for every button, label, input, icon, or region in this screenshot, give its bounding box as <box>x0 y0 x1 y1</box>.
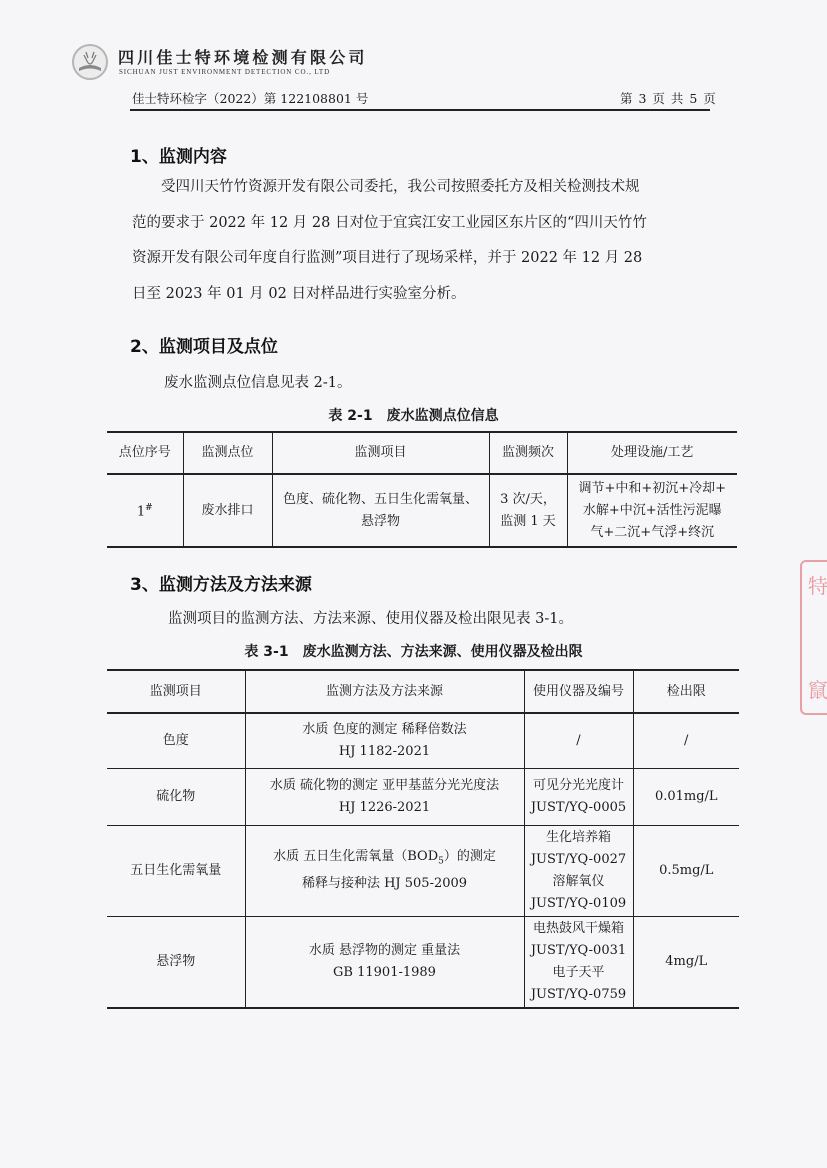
location-cell: 废水排口 <box>183 474 272 547</box>
col-header: 点位序号 <box>107 432 183 474</box>
report-number: 佳士特环检字（2022）第 122108801 号 <box>132 89 368 107</box>
cell-line: 水质 硫化物的测定 亚甲基蓝分光光度法 <box>249 775 521 797</box>
section-2-title: 2、监测项目及点位 <box>130 332 278 357</box>
frequency-cell: 3 次/天， 监测 1 天 <box>489 474 567 547</box>
col-header: 监测项目 <box>272 432 489 474</box>
cell-line: 可见分光光度计 <box>528 775 630 797</box>
section-1-title: 1、监测内容 <box>130 142 227 167</box>
cell-line: HJ 1226-2021 <box>249 797 521 819</box>
col-header: 监测项目 <box>107 670 245 713</box>
instrument-cell: 生化培养箱 JUST/YQ-0027 溶解氧仪 JUST/YQ-0109 <box>524 825 633 916</box>
col-header: 检出限 <box>633 670 739 713</box>
col-header: 监测点位 <box>183 432 272 474</box>
point-number-sup: # <box>145 503 153 513</box>
method-text: 水质 五日生化需氧量（BOD <box>273 849 438 864</box>
instrument-cell: 可见分光光度计 JUST/YQ-0005 <box>524 768 633 825</box>
cell-line: 水质 悬浮物的测定 重量法 <box>249 940 521 962</box>
section-1-body: 受四川天竹竹资源开发有限公司委托，我公司按照委托方及相关检测技术规 范的要求于 … <box>132 170 732 312</box>
point-number: 1 <box>137 505 145 520</box>
col-header: 监测频次 <box>489 432 567 474</box>
item-cell: 硫化物 <box>107 768 245 825</box>
method-text: ）的测定 <box>444 849 496 864</box>
cell-line: JUST/YQ-0759 <box>528 984 630 1006</box>
cell-line: HJ 1182-2021 <box>249 741 521 763</box>
table-2-1: 点位序号 监测点位 监测项目 监测频次 处理设施/工艺 1# 废水排口 色度、硫… <box>107 431 737 548</box>
col-header: 使用仪器及编号 <box>524 670 633 713</box>
col-header: 处理设施/工艺 <box>567 432 737 474</box>
limit-cell: 0.01mg/L <box>633 768 739 825</box>
cell-line: 3 次/天， <box>493 489 564 511</box>
method-cell: 水质 色度的测定 稀释倍数法 HJ 1182-2021 <box>245 713 524 768</box>
method-cell: 水质 五日生化需氧量（BOD5）的测定 稀释与接种法 HJ 505-2009 <box>245 825 524 916</box>
body-line: 范的要求于 2022 年 12 月 28 日对位于宜宾江安工业园区东片区的“四川… <box>132 206 732 242</box>
table-3-1-caption: 表 3-1 废水监测方法、方法来源、使用仪器及检出限 <box>0 641 827 661</box>
cell-line: 水质 五日生化需氧量（BOD5）的测定 <box>249 846 521 873</box>
seal-char: 特 <box>808 570 827 599</box>
company-logo-icon <box>72 44 108 80</box>
method-cell: 水质 悬浮物的测定 重量法 GB 11901-1989 <box>245 916 524 1008</box>
cell-line: 电热鼓风干燥箱 <box>528 918 630 940</box>
cell-line: 色度、硫化物、五日生化需氧量、 <box>276 489 486 511</box>
item-cell: 悬浮物 <box>107 916 245 1008</box>
cell-line: 调节+中和+初沉+冷却+ <box>571 478 735 500</box>
table-header-row: 监测项目 监测方法及方法来源 使用仪器及编号 检出限 <box>107 670 739 713</box>
cell-line: 电子天平 <box>528 962 630 984</box>
table-row: 色度 水质 色度的测定 稀释倍数法 HJ 1182-2021 / / <box>107 713 739 768</box>
limit-cell: 0.5mg/L <box>633 825 739 916</box>
deer-emblem-icon <box>74 46 106 78</box>
table-header-row: 点位序号 监测点位 监测项目 监测频次 处理设施/工艺 <box>107 432 737 474</box>
table-2-1-caption: 表 2-1 废水监测点位信息 <box>0 405 827 425</box>
table-row: 五日生化需氧量 水质 五日生化需氧量（BOD5）的测定 稀释与接种法 HJ 50… <box>107 825 739 916</box>
instrument-cell: / <box>524 713 633 768</box>
item-cell: 五日生化需氧量 <box>107 825 245 916</box>
company-seal-stamp: 特 竄 <box>800 560 827 715</box>
section-3-title: 3、监测方法及方法来源 <box>130 570 312 595</box>
cell-line: GB 11901-1989 <box>249 962 521 984</box>
table-row: 1# 废水排口 色度、硫化物、五日生化需氧量、 悬浮物 3 次/天， 监测 1 … <box>107 474 737 547</box>
company-name-en: SICHUAN JUST ENVIRONMENT DETECTION CO., … <box>119 68 330 76</box>
item-cell: 色度 <box>107 713 245 768</box>
body-line: 日至 2023 年 01 月 02 日对样品进行实验室分析。 <box>132 277 732 313</box>
seal-char: 竄 <box>808 674 827 703</box>
point-number-cell: 1# <box>107 474 183 547</box>
method-cell: 水质 硫化物的测定 亚甲基蓝分光光度法 HJ 1226-2021 <box>245 768 524 825</box>
limit-cell: / <box>633 713 739 768</box>
process-cell: 调节+中和+初沉+冷却+ 水解+中沉+活性污泥曝 气+二沉+气浮+终沉 <box>567 474 737 547</box>
cell-line: 水质 色度的测定 稀释倍数法 <box>249 719 521 741</box>
header-divider <box>130 109 710 111</box>
section-2-intro: 废水监测点位信息见表 2-1。 <box>164 366 351 402</box>
items-cell: 色度、硫化物、五日生化需氧量、 悬浮物 <box>272 474 489 547</box>
cell-line: JUST/YQ-0005 <box>528 797 630 819</box>
company-name-cn: 四川佳士特环境检测有限公司 <box>118 45 368 68</box>
table-row: 硫化物 水质 硫化物的测定 亚甲基蓝分光光度法 HJ 1226-2021 可见分… <box>107 768 739 825</box>
page-indicator: 第 3 页 共 5 页 <box>620 89 717 107</box>
cell-line: 稀释与接种法 HJ 505-2009 <box>249 873 521 895</box>
instrument-cell: 电热鼓风干燥箱 JUST/YQ-0031 电子天平 JUST/YQ-0759 <box>524 916 633 1008</box>
cell-line: 悬浮物 <box>276 511 486 533</box>
cell-line: 监测 1 天 <box>493 511 564 533</box>
cell-line: 水解+中沉+活性污泥曝 <box>571 500 735 522</box>
table-3-1: 监测项目 监测方法及方法来源 使用仪器及编号 检出限 色度 水质 色度的测定 稀… <box>107 669 739 1009</box>
cell-line: 气+二沉+气浮+终沉 <box>571 522 735 544</box>
col-header: 监测方法及方法来源 <box>245 670 524 713</box>
table-row: 悬浮物 水质 悬浮物的测定 重量法 GB 11901-1989 电热鼓风干燥箱 … <box>107 916 739 1008</box>
cell-line: 生化培养箱 <box>528 827 630 849</box>
body-line: 受四川天竹竹资源开发有限公司委托，我公司按照委托方及相关检测技术规 <box>132 170 732 206</box>
section-3-intro: 监测项目的监测方法、方法来源、使用仪器及检出限见表 3-1。 <box>168 602 573 638</box>
cell-line: 溶解氧仪 <box>528 871 630 893</box>
cell-line: JUST/YQ-0031 <box>528 940 630 962</box>
cell-line: JUST/YQ-0027 <box>528 849 630 871</box>
cell-line: JUST/YQ-0109 <box>528 893 630 915</box>
body-line: 资源开发有限公司年度自行监测”项目进行了现场采样，并于 2022 年 12 月 … <box>132 241 732 277</box>
limit-cell: 4mg/L <box>633 916 739 1008</box>
